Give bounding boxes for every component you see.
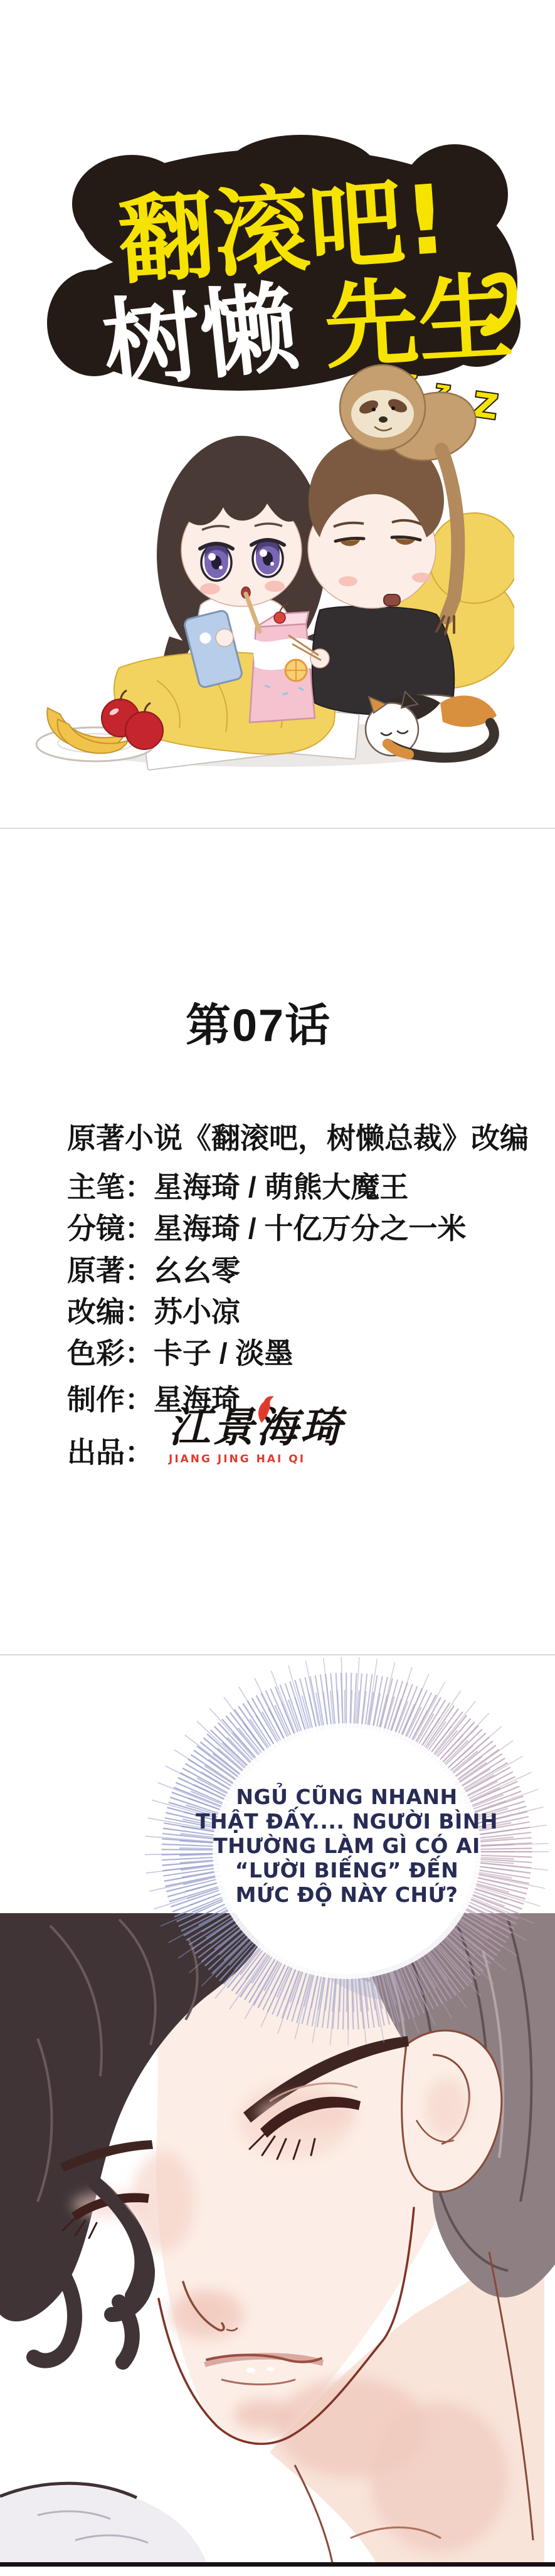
panel-border-bottom (0, 2562, 555, 2567)
male-mouth (384, 594, 400, 606)
credit-line-adapter: 改编：苏小凉 (67, 1289, 240, 1331)
bubble-line: THƯỜNG LÀM GÌ CÓ AI (190, 1834, 504, 1858)
chapter-heading: 第07话 (158, 989, 359, 1054)
credit-line-lead-artist: 主笔：星海琦 / 萌熊大魔王 (67, 1164, 408, 1206)
speech-bubble-text: NGỦ CŨNG NHANH THẬT ĐẤY.... NGƯỜI BÌNH T… (190, 1785, 504, 1907)
bubble-line: NGỦ CŨNG NHANH (190, 1785, 504, 1809)
credit-line-color: 色彩：卡子 / 淡墨 (67, 1331, 293, 1372)
bubble-line: THẬT ĐẤY.... NGƯỜI BÌNH (190, 1809, 504, 1834)
publisher-name-en: JIANG JING HAI QI (169, 1453, 344, 1465)
comic-page: 翻滚吧! 树懒 先生 z z Z (0, 0, 555, 2576)
credit-line-adaptation: 原著小说《翻滚吧，树懒总裁》改编 (67, 1116, 529, 1157)
publisher-label: 出品： (67, 1430, 154, 1471)
panel-separator-1 (0, 828, 555, 829)
credit-line-original-author: 原著：幺幺零 (67, 1248, 240, 1289)
bubble-line: MỨC ĐỘ NÀY CHỨ? (190, 1882, 504, 1907)
bubble-line: “LƯỜI BIẾNG” ĐẾN (190, 1858, 504, 1882)
publisher-logo-fish-icon (243, 1394, 280, 1425)
credit-line-publisher: 出品： 江景海琦 JIANG JING HAI QI (67, 1430, 344, 1471)
credit-line-storyboard: 分镜：星海琦 / 十亿万分之一米 (67, 1206, 466, 1247)
female-hand (216, 629, 233, 647)
publisher-logo: 江景海琦 JIANG JING HAI QI (169, 1408, 344, 1465)
chibi-illustration (25, 342, 514, 781)
